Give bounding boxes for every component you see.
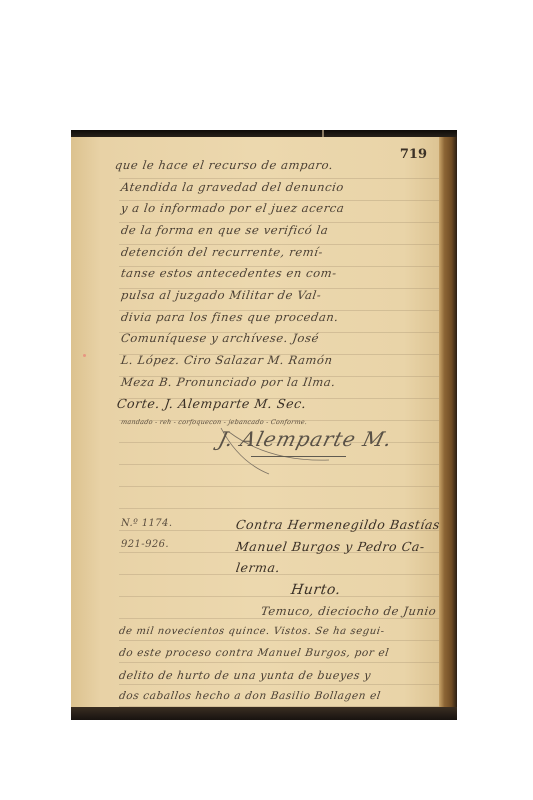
text-line: de mil novecientos quince. Vistos. Se ha… — [118, 626, 385, 637]
text-line: y a lo informado por el juez acerca — [120, 201, 345, 215]
case-title-line: lerma. — [235, 560, 281, 575]
text-line: de la forma en que se verificó la — [120, 223, 329, 237]
laser-dot — [83, 354, 86, 357]
case-title-line: Manuel Burgos y Pedro Ca- — [235, 539, 426, 554]
text-line: Temuco, dieciocho de Junio — [260, 604, 437, 618]
text-line: divia para los fines que procedan. — [120, 310, 340, 324]
text-line: L. López. Ciro Salazar M. Ramón — [120, 353, 334, 367]
document-photo: 719 que le hace el recurso de amparo. At… — [71, 130, 457, 720]
text-line: Corte. J. Alemparte M. Sec. — [116, 396, 308, 411]
signature: J. Alemparte M. — [216, 427, 395, 451]
case-folios: 921-926. — [121, 539, 169, 550]
ledger-page: 719 que le hace el recurso de amparo. At… — [71, 137, 441, 708]
text-line: Meza B. Pronunciado por la Ilma. — [120, 375, 337, 389]
text-line: delito de hurto de una yunta de bueyes y — [118, 669, 372, 682]
text-line: Comuníquese y archívese. José — [120, 331, 320, 345]
text-line: do este proceso contra Manuel Burgos, po… — [118, 647, 390, 659]
signature-underline — [251, 456, 346, 457]
page-edge — [439, 137, 457, 708]
text-line: pulsa al juzgado Militar de Val- — [120, 288, 322, 302]
case-title-line: Contra Hermenegildo Bastías, — [235, 517, 446, 532]
text-line: detención del recurrente, remí- — [120, 245, 324, 259]
text-line: que le hace el recurso de amparo. — [114, 158, 334, 172]
page-number: 719 — [400, 147, 427, 162]
text-line: tanse estos antecedentes en com- — [120, 266, 338, 280]
book-bottom-shadow — [71, 707, 457, 720]
text-line: dos caballos hecho a don Basilio Bollage… — [118, 690, 381, 702]
text-line: Atendida la gravedad del denuncio — [120, 180, 345, 194]
case-subject: Hurto. — [290, 582, 342, 598]
case-number: N.º 1174. — [121, 518, 172, 529]
